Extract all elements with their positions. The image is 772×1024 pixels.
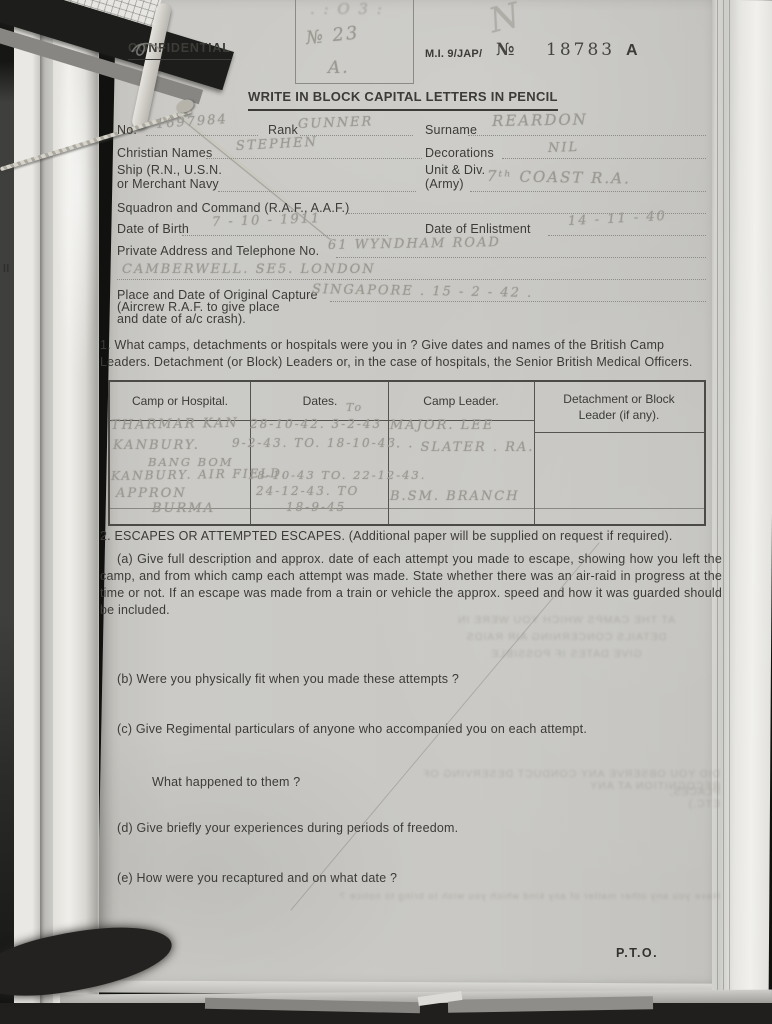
page-edge-text: ll [3,262,10,277]
ship-line [218,190,416,192]
address-line1 [336,256,706,258]
table-row-dates: 18-9-45 [286,500,346,514]
table-row-camp: KANBURY. [113,438,200,453]
christian-names-label: Christian Names [117,145,212,162]
pencil-box-letter: A. [328,58,350,78]
table-row-leader: MAJOR. LEE [390,418,494,433]
rank-value: GUNNER [298,114,374,132]
table-to-annotation: To [346,401,363,414]
question-1-text: 1. What camps, detachments or hospitals … [100,337,718,371]
scanned-document: ll CONFIDENTIAL . : O 3 : № 23 A. N M.I.… [0,0,772,1024]
table-row-dates: 28-10-42. 3-2-43 [250,417,382,431]
bleedthrough-line: GIVE DATES IF POSSIBLE [430,646,702,663]
surname-value: REARDON [492,110,588,130]
table-row-dates: 24-12-43. TO [256,484,359,498]
unit-div-value: 7ᵗʰ COAST R.A. [487,167,631,188]
left-page-edge [14,0,40,1024]
table-header-line-col4 [534,432,704,433]
table-header-camp: Camp or Hospital. [120,394,240,410]
no-label: No. [117,122,137,139]
bleedthrough-line: AT THE CAMPS WHICH YOU WERE IN [430,612,702,629]
ship-label-line2: or Merchant Navy [117,176,219,193]
dob-label: Date of Birth [117,221,189,238]
pencil-scribble [130,38,164,62]
dob-line [182,234,388,236]
table-column-line [388,382,389,524]
bleedthrough-text: Have you any other matter of any kind wh… [290,891,720,902]
unit-div-line [470,190,706,192]
table-row-dates: 9-2-43. TO. 18-10-43 [232,436,397,450]
table-row-leader: B.SM. BRANCH [390,489,520,504]
section-2-heading: 2. ESCAPES OR ATTEMPTED ESCAPES. (Additi… [100,528,718,545]
form-reference: M.I. 9/JAP/ [425,47,482,62]
page-spine [53,0,99,1024]
address-value-line1: 61 WYNDHAM ROAD [328,235,501,253]
surname-line [468,134,706,136]
table-header-detachment: Detachment or Block Leader (if any). [544,392,694,423]
left-binding-strip [0,0,14,1024]
capture-label-line3: and date of a/c crash). [117,311,246,328]
table-column-line [250,382,251,524]
table-header-leader: Camp Leader. [406,394,516,410]
table-row-dates: 18-10-43 TO. 22-12-43. [248,468,426,482]
decorations-value: NIL [548,140,580,156]
pto-label: P.T.O. [616,946,658,960]
section-2e-text: (e) How were you recaptured and on what … [117,870,397,887]
christian-names-line [206,157,422,159]
instruction-heading: WRITE IN BLOCK CAPITAL LETTERS IN PENCIL [248,88,558,111]
pencil-box-fragment: . : O 3 : [310,0,384,18]
table-row-camp: BURMA [152,501,215,516]
series-letter: A [626,40,638,62]
section-2c-followup-text: What happened to them ? [152,774,300,791]
address-line2 [117,278,706,280]
bleedthrough-line: DETAILS CONCERNING AIR RAIDS [430,629,702,646]
number-sign: № [496,40,517,60]
no-line [146,134,258,136]
decorations-label: Decorations [425,145,494,162]
serial-number-stamp: 18783 [546,40,615,60]
decorations-line [502,157,706,159]
section-2b-text: (b) Were you physically fit when you mad… [117,671,459,688]
bleedthrough-text: PLACES, ETC.) [640,786,720,810]
table-row-leader: · · SLATER . RA. [396,440,534,455]
address-label: Private Address and Telephone No. [117,243,319,260]
table-row-camp: THARMAR KAN [111,416,239,433]
bleedthrough-text: AT THE CAMPS WHICH YOU WERE IN DETAILS C… [430,612,702,662]
surname-label: Surname [425,122,477,139]
unit-div-label-line2: (Army) [425,176,464,193]
section-2c-text: (c) Give Regimental particulars of anyon… [117,721,587,738]
section-2d-text: (d) Give briefly your experiences during… [117,820,458,837]
table-row-camp: APPRON [116,486,187,501]
enlistment-line [548,234,706,236]
section-2a-text: (a) Give full description and approx. da… [100,551,722,619]
address-value-line2: CAMBERWELL. SE5. LONDON [122,262,376,277]
